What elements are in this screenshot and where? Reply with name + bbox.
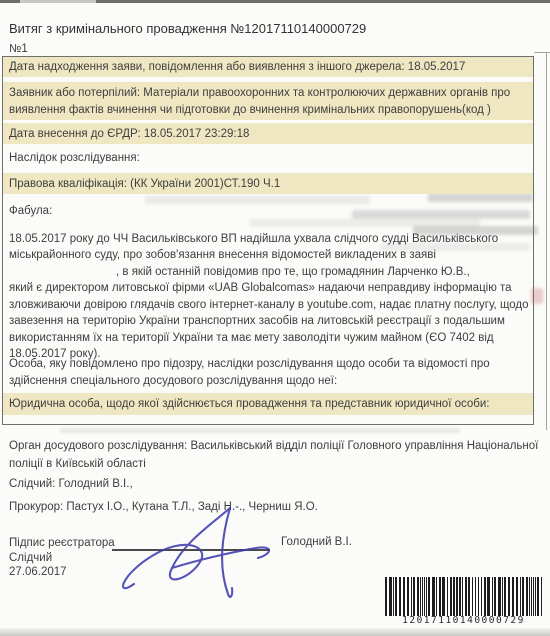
fabula-line: 18.05.2017 року до ЧЧ Васильківського ВП… [9,232,498,247]
field-legal-qualification: Правова кваліфікація: (КК України 2001)С… [9,177,280,192]
field-investigation-result-label: Наслідок розслідування: [9,151,140,166]
field-date-received: Дата надходження заяви, повідомлення або… [9,60,465,75]
field-date-erdr: Дата внесення до ЄРДР: 18.05.2017 23:29:… [9,127,249,142]
field-suspect-line: здійснення спеціального досудового розсл… [9,374,337,389]
fabula-line: завезення на територію України транспорт… [9,314,505,329]
field-investigation-body-line: Орган досудового розслідування: Василькі… [9,439,538,454]
registry-table-box: Дата надходження заяви, повідомлення або… [2,56,534,425]
fabula-line: зловживаючи довірою глядачів свого інтер… [9,298,529,313]
signature-date: 27.06.2017 [9,565,67,580]
fabula-line: міськрайонного суду, про зобов'язання вн… [9,248,436,263]
field-fabula-label: Фабула: [9,204,52,219]
field-applicant-line: Заявник або потерпілий: Матеріали правоо… [9,86,510,101]
table-edge-line [546,53,547,430]
field-investigation-body-line: поліції в Київській області [9,457,146,472]
field-investigator: Слідчий: Голодний В.І., [9,477,133,492]
fabula-line: який є директором литовської фірми «UAB … [9,281,512,296]
field-legal-entity: Юридична особа, щодо якої здійснюється п… [9,397,489,412]
ghost-text-smudge [60,428,460,433]
table-edge-line [534,52,550,53]
barcode [385,577,542,616]
copy-number: №1 [9,43,28,55]
field-applicant-line: виявлення фактів вчинення чи підготовки … [9,103,491,118]
barcode-number: 12017110140000729 [385,615,542,626]
fabula-line: використанням їх на території України та… [9,331,494,346]
scan-edge-bottom [0,628,550,636]
scanned-document-page: Витяг з кримінального провадження №12017… [0,0,550,636]
field-suspect-line: Особа, яку повідомлено про підозру, насл… [9,357,490,372]
registrar-role: Слідчий [9,551,52,566]
scan-edge-top-notch [20,0,96,3]
handwritten-signature [112,500,304,608]
document-title: Витяг з кримінального провадження №12017… [9,21,366,36]
registrar-signature-label: Підпис реєстратора [9,536,115,551]
fabula-line-redacted-indent: , в якій останній повідомив про те, що г… [116,265,470,280]
